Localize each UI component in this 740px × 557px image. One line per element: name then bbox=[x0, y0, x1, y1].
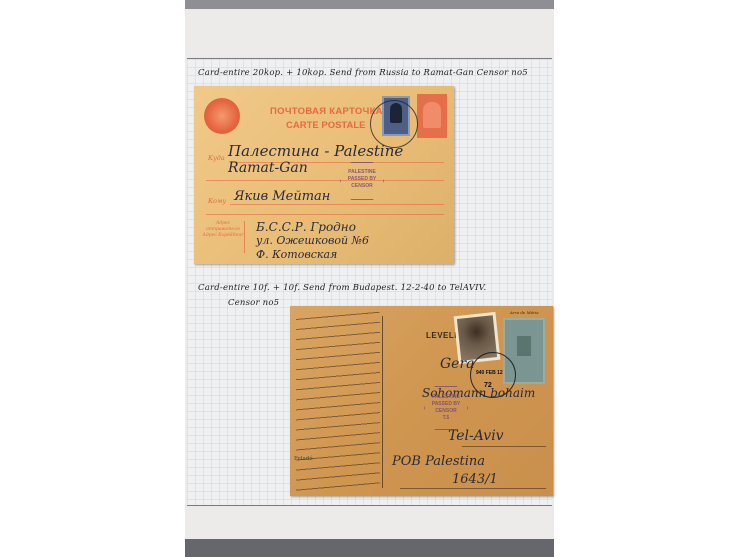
double-cross-icon bbox=[517, 336, 531, 356]
censor-line: PALESTINE bbox=[425, 394, 467, 401]
worker-figure-icon bbox=[423, 102, 441, 128]
censor-line: T.5 bbox=[425, 415, 467, 422]
label-kuda: Куда bbox=[208, 154, 225, 162]
censor-line: CENSOR bbox=[341, 183, 383, 190]
caption-card-2-censor: Censor no5 bbox=[228, 298, 279, 308]
address-rule bbox=[462, 446, 546, 447]
handwritten-address-1: Gera bbox=[440, 356, 475, 372]
handwritten-sender-3: Ф. Котовская bbox=[256, 248, 337, 261]
address-rule bbox=[400, 488, 546, 489]
album-binder-top bbox=[185, 0, 554, 9]
return-address-box: Адрес отправителя Адрес Expéditeur bbox=[202, 221, 245, 253]
label-felado: Feladó bbox=[294, 456, 313, 462]
address-rule bbox=[230, 204, 444, 205]
censor-line: PASSED BY bbox=[425, 401, 467, 408]
censor-handstamp: PALESTINE PASSED BY CENSOR bbox=[340, 162, 384, 200]
card-title-russian: ПОЧТОВАЯ КАРТОЧКА bbox=[270, 106, 383, 117]
caption-card-1: Card-entire 20kop. + 10kop. Send from Ru… bbox=[198, 68, 528, 78]
handwritten-sender-2: ул. Ожешковой №6 bbox=[256, 234, 369, 247]
caption-card-2: Card-entire 10f. + 10f. Send from Budape… bbox=[198, 283, 486, 293]
hungarian-postal-card: Feladó LEVELE Arra de Mária 940 FEB 12 7… bbox=[290, 306, 553, 496]
handwritten-address-5: 1643/1 bbox=[452, 472, 498, 487]
address-rule bbox=[206, 214, 444, 215]
handwritten-address-1: Палестина - Palestine bbox=[228, 142, 403, 160]
album-binder-bottom bbox=[185, 539, 554, 557]
censor-line: CENSOR bbox=[425, 408, 467, 415]
address-rule bbox=[206, 180, 444, 181]
postmark-circle bbox=[370, 100, 418, 148]
handwritten-sender-1: Б.С.С.Р. Гродно bbox=[256, 220, 356, 234]
handwritten-address-2: Ramat-Gan bbox=[228, 160, 308, 176]
postmark-date: 940 FEB 12 bbox=[476, 370, 503, 376]
censor-line: PALESTINE bbox=[341, 169, 383, 176]
imprinted-stamp-red bbox=[417, 94, 447, 138]
handwritten-recipient: Якив Мейтан bbox=[234, 189, 330, 204]
handwritten-message bbox=[296, 312, 380, 492]
soviet-postal-card: ПОЧТОВАЯ КАРТОЧКА CARTE POSTALE Куда Ком… bbox=[194, 86, 454, 264]
handwritten-address-4: POB Palestina bbox=[392, 454, 485, 469]
imprint-caption: Arra de Mária bbox=[510, 310, 539, 315]
label-komu: Кому bbox=[208, 197, 226, 205]
card-title-french: CARTE POSTALE bbox=[286, 120, 366, 131]
handwritten-address-3: Tel-Aviv bbox=[448, 428, 504, 444]
card-divider bbox=[382, 316, 383, 488]
soviet-emblem-icon bbox=[204, 98, 240, 134]
censor-line: PASSED BY bbox=[341, 176, 383, 183]
